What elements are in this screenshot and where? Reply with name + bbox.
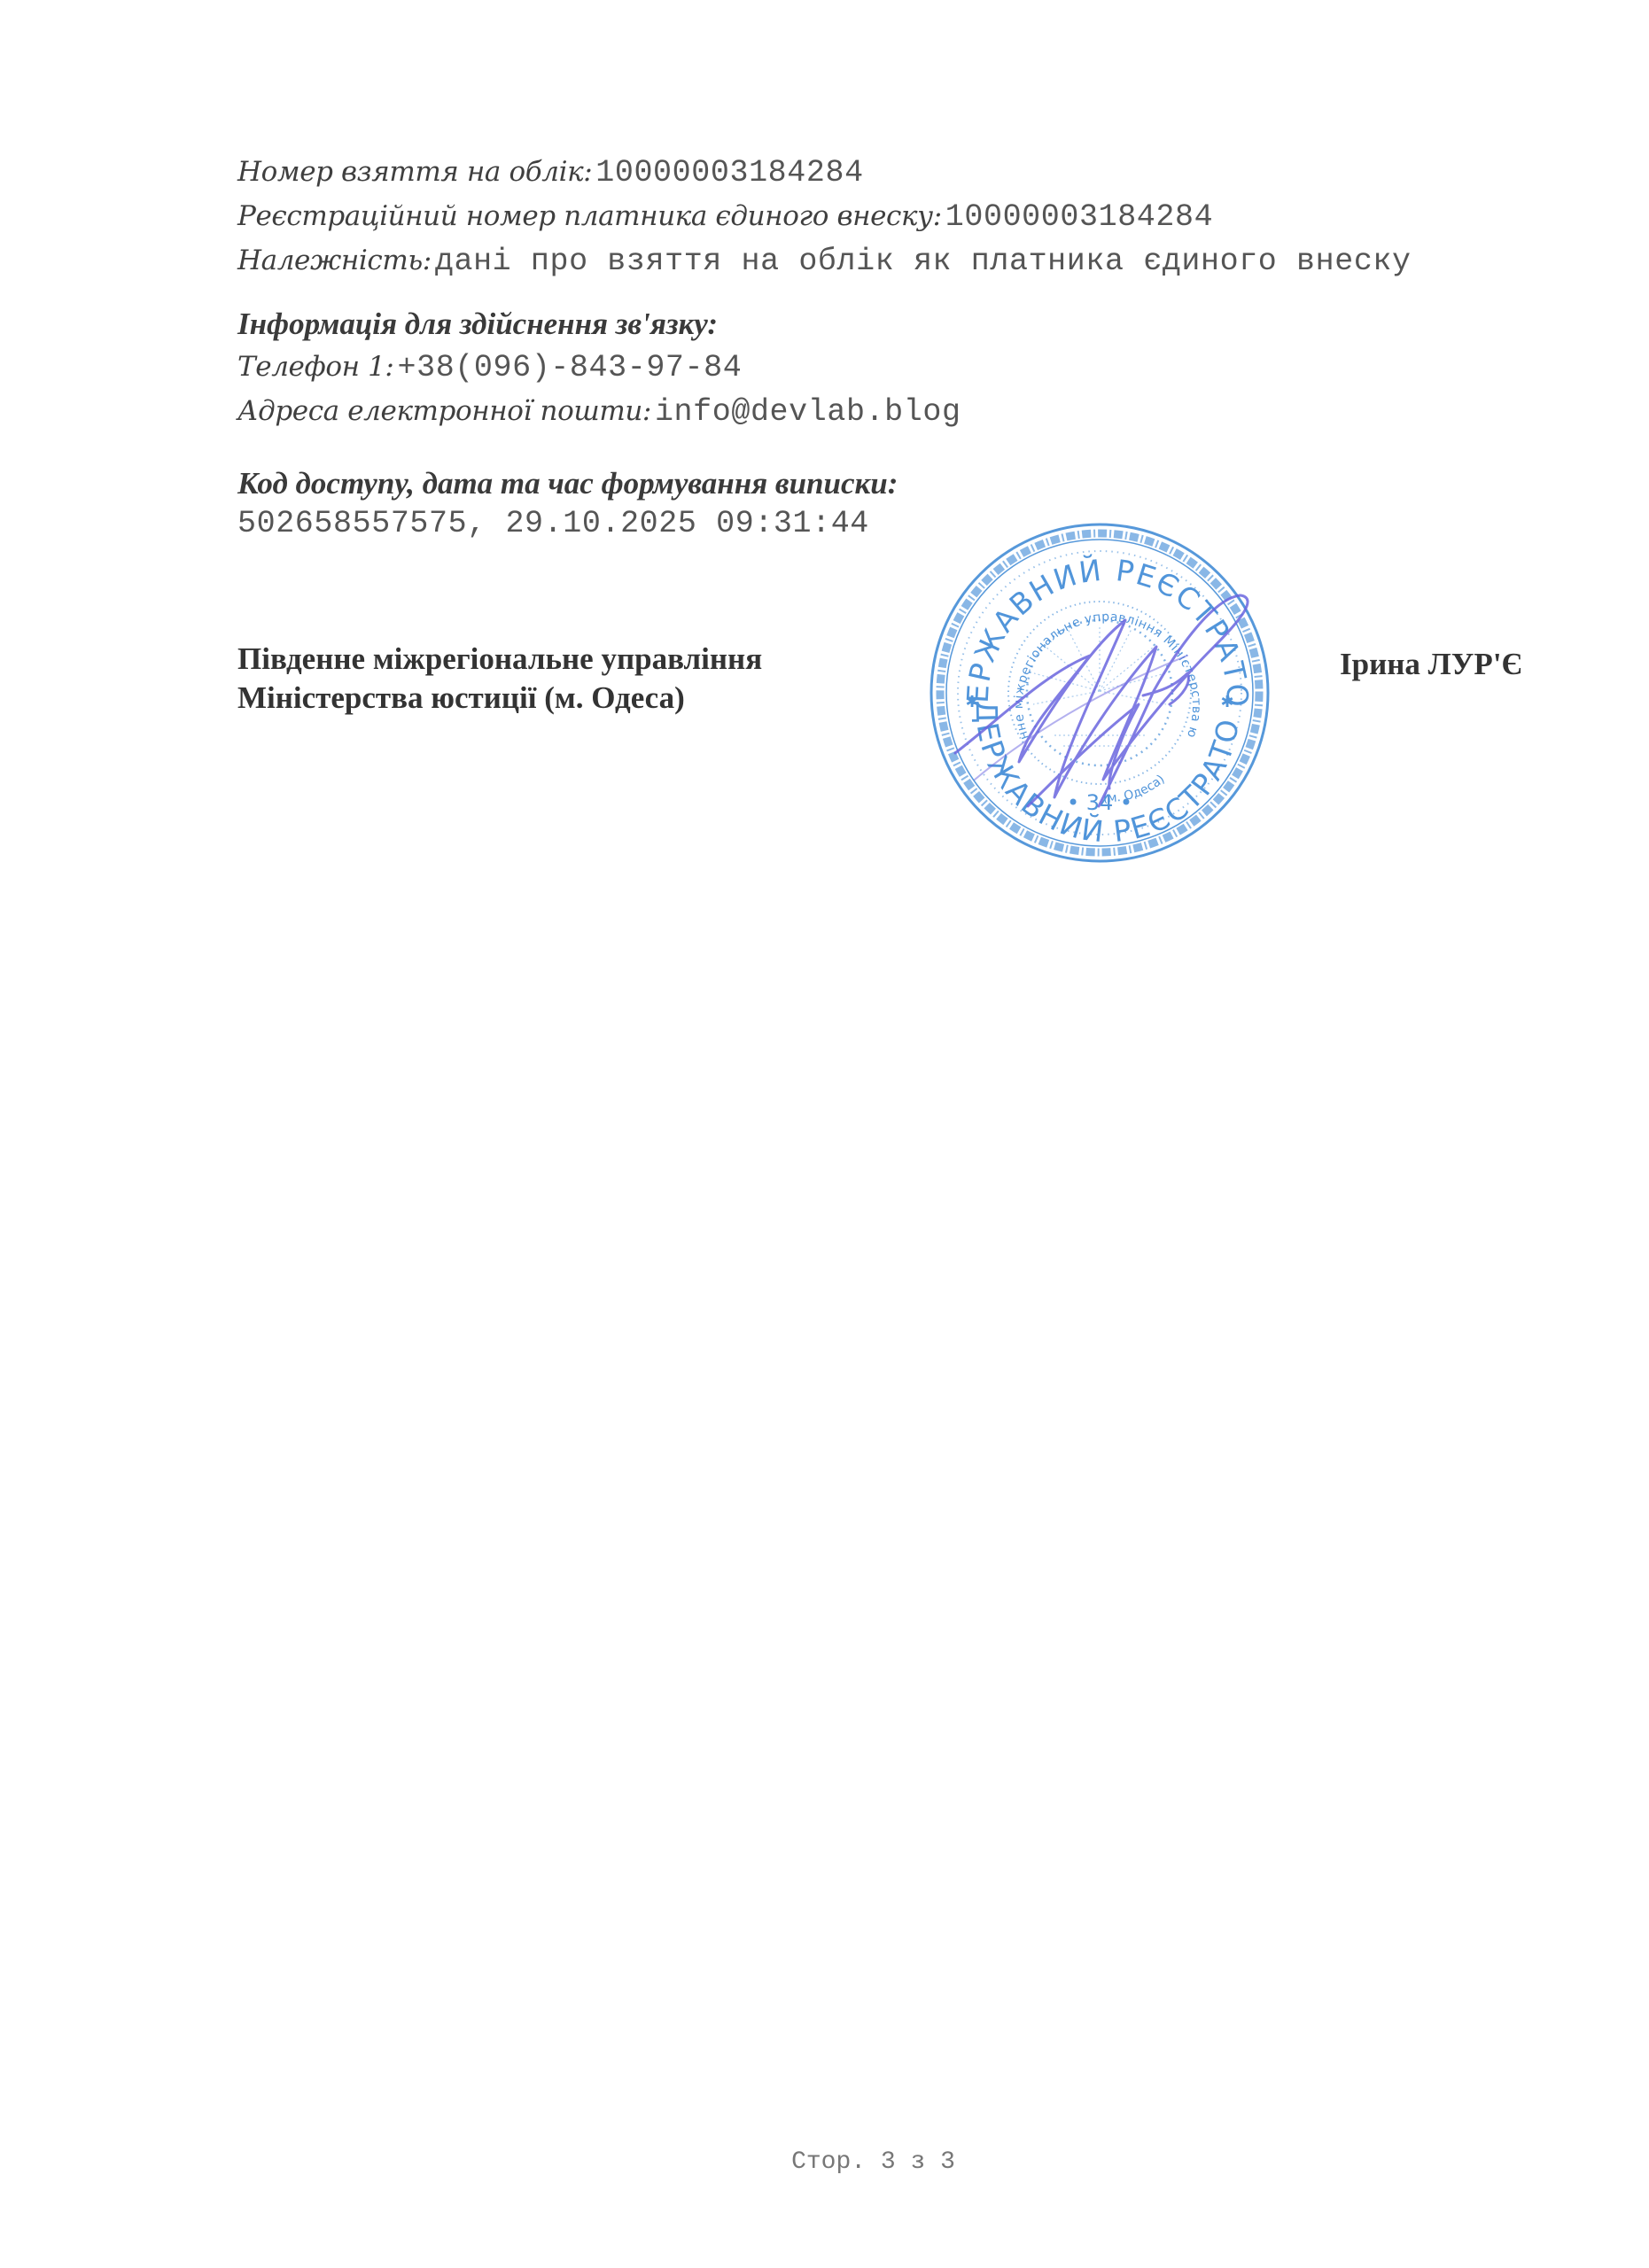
payer-number-label: Реєстраційний номер платника єдиного вне… bbox=[237, 200, 942, 232]
official-stamp-icon: ДЕРЖАВНИЙ РЕЄСТРАТОР ДЕРЖАВНИЙ РЕЄСТРАТО… bbox=[922, 514, 1294, 886]
signer-name: Ірина ЛУР'Є bbox=[1340, 647, 1522, 682]
payer-number-row: Реєстраційний номер платника єдиного вне… bbox=[237, 202, 1213, 233]
access-heading-row: Код доступу, дата та час формування випи… bbox=[237, 468, 898, 499]
organization-line-1: Південне міжрегіональне управління bbox=[237, 640, 762, 679]
contact-heading: Інформація для здійснення зв'язку: bbox=[237, 307, 718, 341]
registration-number-label: Номер взяття на облік: bbox=[237, 156, 592, 188]
contact-heading-row: Інформація для здійснення зв'язку: bbox=[237, 308, 718, 339]
access-code-value: 502658557575, 29.10.2025 09:31:44 bbox=[237, 506, 869, 541]
phone-label: Телефон 1: bbox=[237, 351, 393, 383]
page-indicator: Стор. 3 з 3 bbox=[0, 2148, 1649, 2176]
organization-name: Південне міжрегіональне управління Мініс… bbox=[237, 640, 762, 718]
svg-text:✱: ✱ bbox=[965, 693, 978, 711]
belonging-value: дані про взяття на облік як платника єди… bbox=[435, 244, 1412, 279]
svg-text:✱: ✱ bbox=[1220, 693, 1233, 711]
access-value-row: 502658557575, 29.10.2025 09:31:44 bbox=[237, 509, 869, 540]
registration-number-value: 10000003184284 bbox=[595, 155, 863, 190]
belonging-row: Належність: дані про взяття на облік як … bbox=[237, 246, 1412, 277]
phone-value: +38(096)-843-97-84 bbox=[397, 350, 742, 385]
access-heading: Код доступу, дата та час формування випи… bbox=[237, 466, 898, 501]
registration-number-row: Номер взяття на облік: 10000003184284 bbox=[237, 158, 864, 189]
email-row: Адреса електронної пошти: info@devlab.bl… bbox=[237, 397, 961, 428]
phone-row: Телефон 1: +38(096)-843-97-84 bbox=[237, 353, 742, 384]
email-label: Адреса електронної пошти: bbox=[237, 395, 651, 427]
payer-number-value: 10000003184284 bbox=[945, 199, 1213, 235]
belonging-label: Належність: bbox=[237, 245, 432, 276]
email-value: info@devlab.blog bbox=[655, 394, 961, 430]
organization-line-2: Міністерства юстиції (м. Одеса) bbox=[237, 679, 762, 718]
svg-text:ДЕРЖАВНИЙ РЕЄСТРАТОР: ДЕРЖАВНИЙ РЕЄСТРАТОР bbox=[922, 514, 1255, 709]
